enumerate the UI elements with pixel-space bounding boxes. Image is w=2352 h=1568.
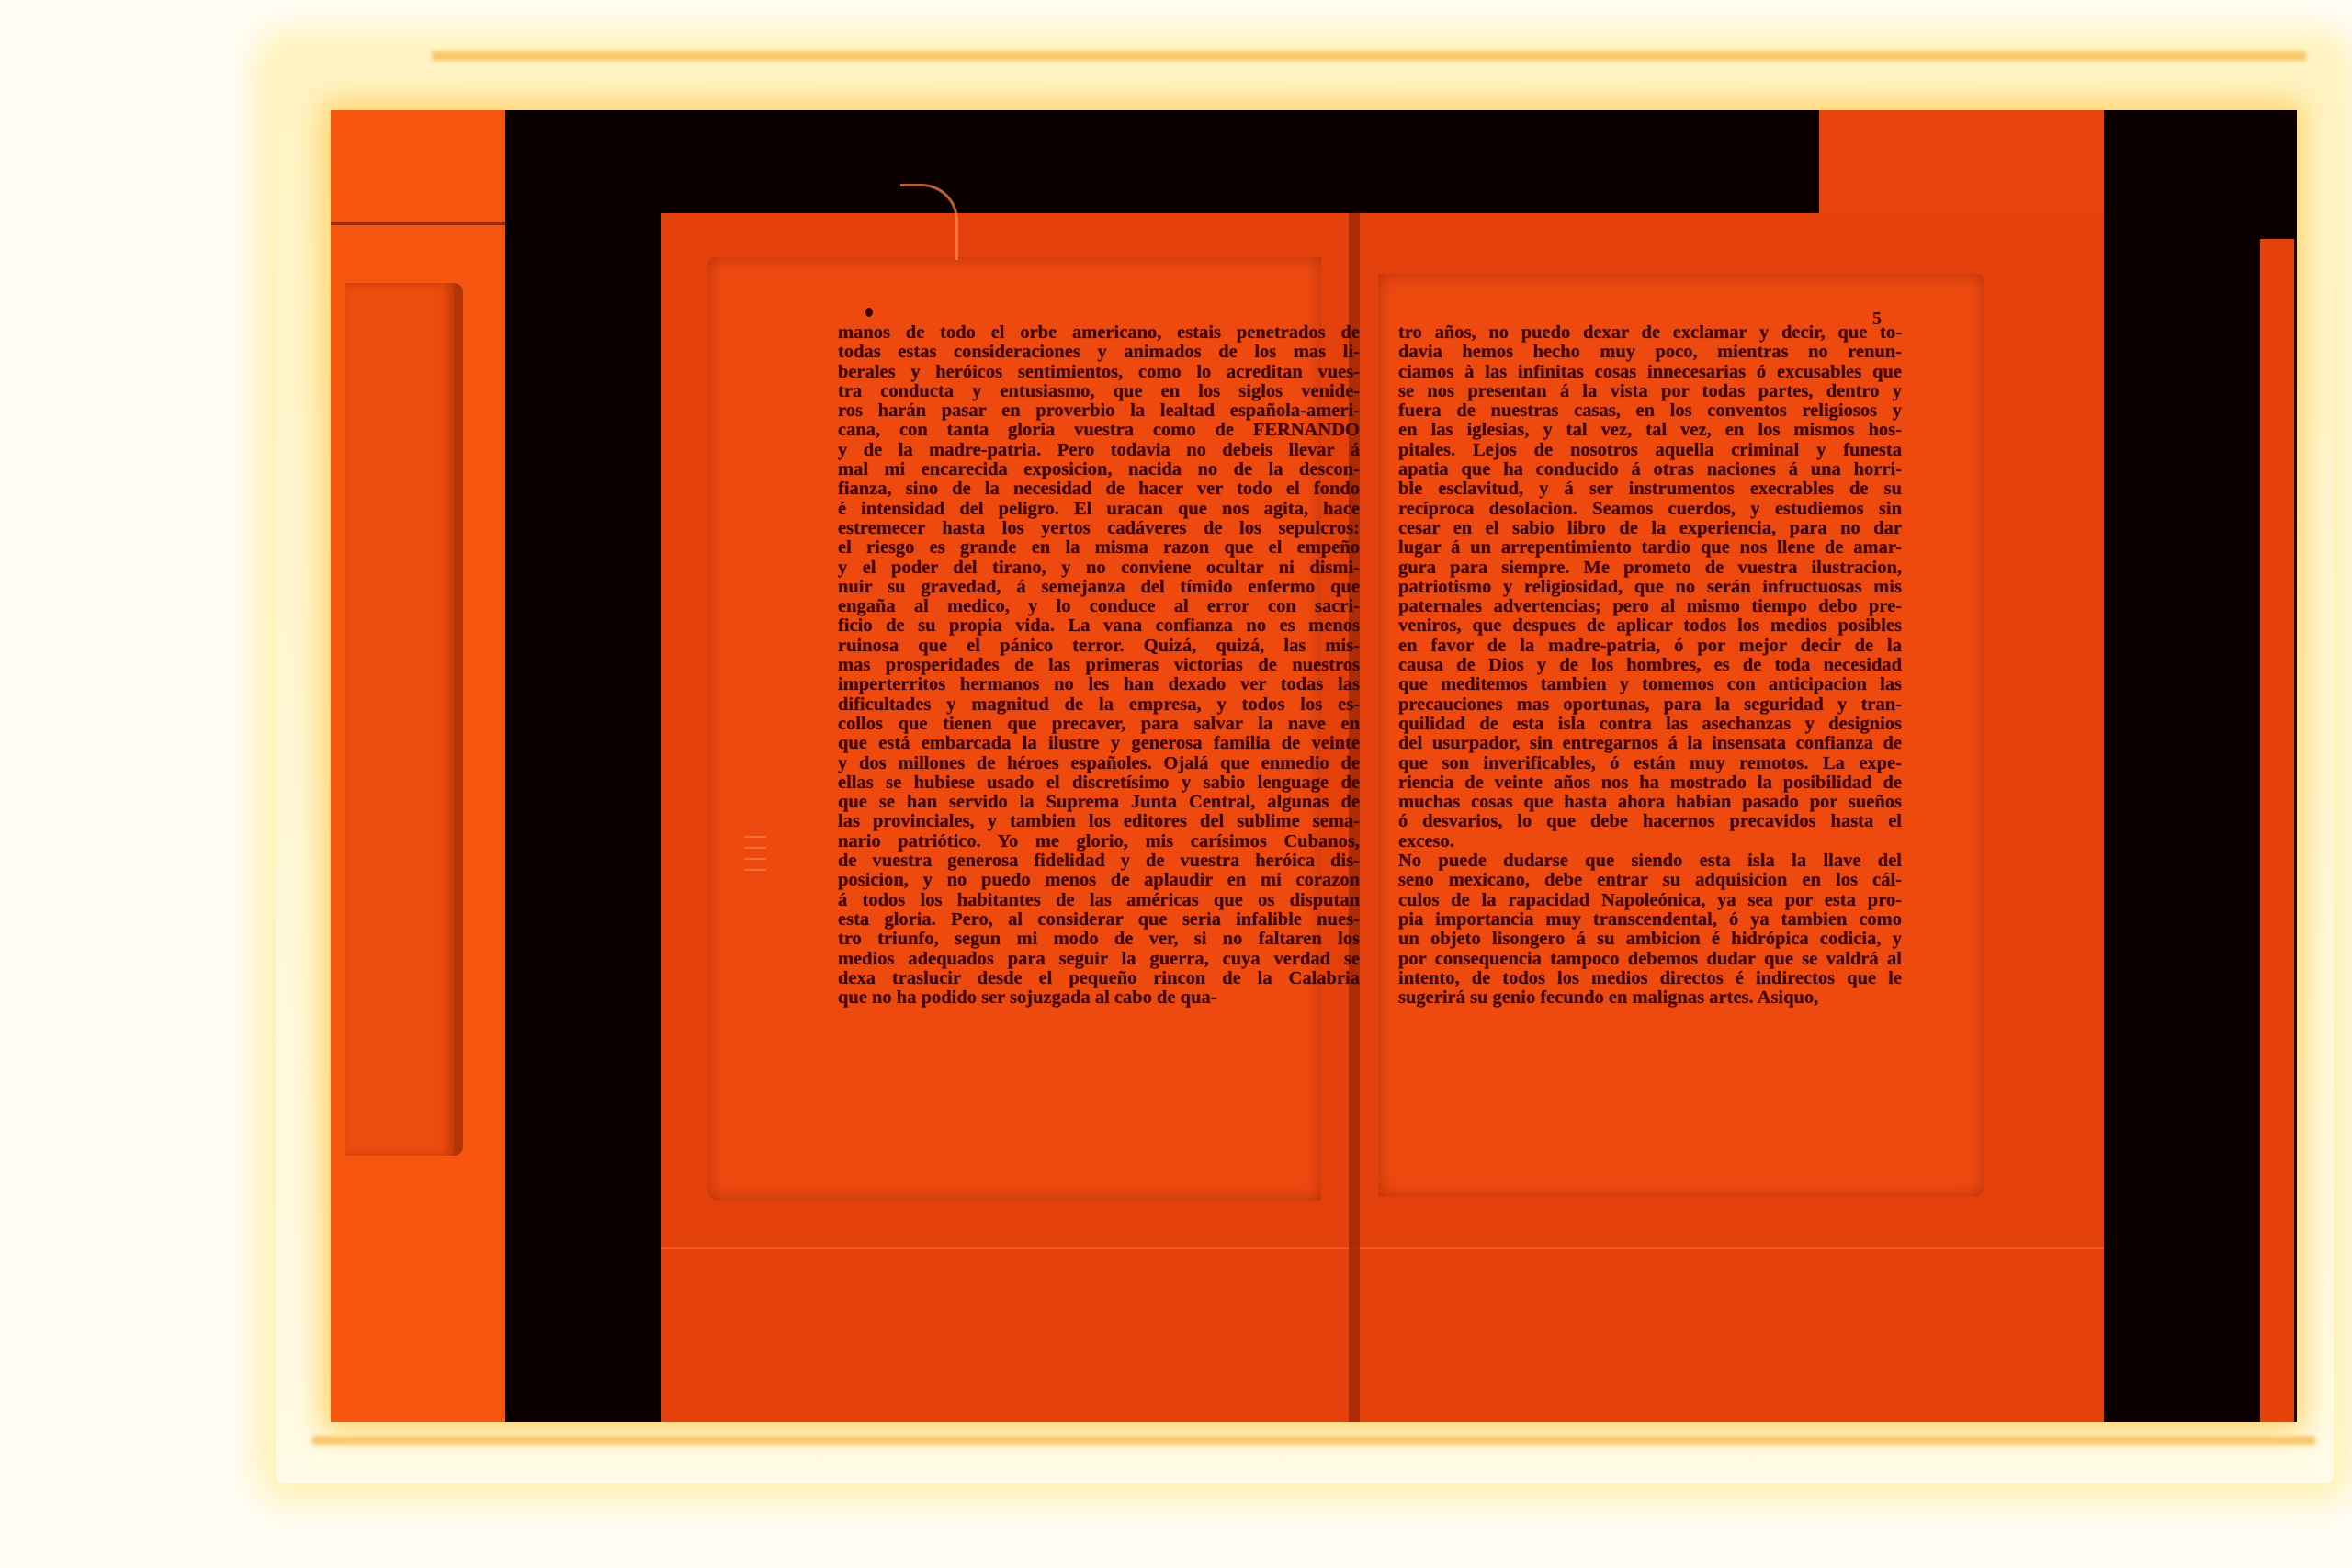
text-line: paternales advertencias; pero al mismo t… [1398, 597, 1902, 616]
text-line: patriotismo y religiosidad, que no serán… [1398, 578, 1902, 597]
text-line: quilidad de esta isla contra las asechan… [1398, 715, 1902, 734]
text-line: ó desvarios, lo que debe hacernos precav… [1398, 812, 1902, 831]
text-line: nario patriótico. Yo me glorio, mis carí… [838, 832, 1360, 852]
text-line: el riesgo es grande en la misma razon qu… [838, 538, 1360, 558]
text-line: exceso. [1398, 832, 1902, 852]
text-line: manos de todo el orbe americano, estais … [838, 323, 1360, 343]
text-line: medios adequados para seguir la guerra, … [838, 950, 1360, 969]
text-line: engaña al medico, y lo conduce al error … [838, 597, 1360, 616]
left-page-text: manos de todo el orbe americano, estais … [838, 323, 1360, 1008]
text-line: mal mi encarecida exposicion, nacida no … [838, 460, 1360, 479]
adjacent-page-edge [345, 283, 463, 1156]
text-line: y el poder del tirano, y no conviene ocu… [838, 558, 1360, 578]
text-line: berales y heróicos sentimientos, como lo… [838, 363, 1360, 382]
text-line: dificultades y magnitud de la empresa, y… [838, 695, 1360, 715]
text-line: ble esclavitud, y á ser instrumentos exe… [1398, 479, 1902, 499]
text-line: fuera de nuestras casas, en los convento… [1398, 401, 1902, 421]
text-line: las provinciales, y tambien los editores… [838, 812, 1360, 831]
text-line: del usurpador, sin entregarnos á la inse… [1398, 734, 1902, 753]
text-line: veniros, que despues de aplicar todos lo… [1398, 616, 1902, 636]
text-line: ruinosa que el pánico terror. Quizá, qui… [838, 637, 1360, 656]
text-line: y dos millones de héroes españoles. Ojal… [838, 754, 1360, 773]
text-line: lugar á un arrepentimiento tardio que no… [1398, 538, 1902, 558]
strip-divider [331, 222, 505, 225]
text-line: fianza, sino de la necesidad de hacer ve… [838, 479, 1360, 499]
text-line: se nos presentan á la vista por todas pa… [1398, 382, 1902, 401]
text-line: recíproca desolacion. Seamos cuerdos, y … [1398, 500, 1902, 519]
text-line: que se han servido la Suprema Junta Cent… [838, 793, 1360, 812]
text-line: ros harán pasar en proverbio la lealtad … [838, 401, 1360, 421]
text-line: collos que tienen que precaver, para sal… [838, 715, 1360, 734]
text-line: todas estas consideraciones y animados d… [838, 343, 1360, 362]
text-line: seno mexicano, debe entrar su adquisicio… [1398, 871, 1902, 890]
text-line: pitales. Lejos de nosotros aquella crimi… [1398, 441, 1902, 460]
text-line: ellas se hubiese usado el discretísimo y… [838, 773, 1360, 793]
text-line: imperterritos hermanos no les han dexado… [838, 675, 1360, 694]
text-line: causa de Dios y de los hombres, es de to… [1398, 656, 1902, 675]
film-edge-top [432, 51, 2306, 61]
film-edge-bottom [312, 1436, 2315, 1445]
text-line: muchas cosas que hasta ahora habian pasa… [1398, 793, 1902, 812]
text-line: que no ha podido ser sojuzgada al cabo d… [838, 988, 1360, 1008]
text-line: No puede dudarse que siendo esta isla la… [1398, 852, 1902, 871]
text-line: que está embarcada la ilustre y generosa… [838, 734, 1360, 753]
text-line: en favor de la madre-patria, ó por mejor… [1398, 637, 1902, 656]
text-line: ficio de su propia vida. La vana confian… [838, 616, 1360, 636]
right-strip [2260, 239, 2294, 1422]
text-line: ciamos à las infinitas cosas innecesaria… [1398, 363, 1902, 382]
text-line: intento, de todos los medios directos é … [1398, 969, 1902, 988]
text-line: tro años, no puedo dexar de exclamar y d… [1398, 323, 1902, 343]
right-page-text: tro años, no puedo dexar de exclamar y d… [1398, 323, 1902, 1008]
text-line: tra conducta y entusiasmo, que en los si… [838, 382, 1360, 401]
text-line: cesar en el sabio libro de la experienci… [1398, 519, 1902, 538]
text-line: estremecer hasta los yertos cadáveres de… [838, 519, 1360, 538]
text-line: en las iglesias, y tal vez, tal vez, en … [1398, 421, 1902, 440]
text-line: pia importancia muy transcendental, ó ya… [1398, 910, 1902, 930]
text-line: posicion, y no puedo menos de aplaudir e… [838, 871, 1360, 890]
text-line: dexa traslucir desde el pequeño rincon d… [838, 969, 1360, 988]
text-line: sugerirá su genio fecundo en malignas ar… [1398, 988, 1902, 1008]
text-line: culos de la rapacidad Napoleónica, ya se… [1398, 891, 1902, 910]
text-line: gura para siempre. Me prometo de vuestra… [1398, 558, 1902, 578]
text-line: cana, con tanta gloria vuestra como de F… [838, 421, 1360, 440]
text-line: mas prosperidades de las primeras victor… [838, 656, 1360, 675]
text-line: á todos los habitantes de las américas q… [838, 891, 1360, 910]
text-line: esta gloria. Pero, al considerar que ser… [838, 910, 1360, 930]
text-line: por consequencia tampoco debemos dudar q… [1398, 950, 1902, 969]
text-line: é intensidad del peligro. El uracan que … [838, 500, 1360, 519]
text-line: de vuestra generosa fidelidad y de vuest… [838, 852, 1360, 871]
adjacent-page-strip [331, 110, 505, 1422]
text-line: nuir su gravedad, á semejanza del tímido… [838, 578, 1360, 597]
text-line: precauciones mas oportunas, para la segu… [1398, 695, 1902, 715]
text-line: un objeto lisongero á su ambicion é hidr… [1398, 930, 1902, 949]
paper-corner [1819, 110, 2141, 228]
text-line: que meditemos tambien y tomemos con anti… [1398, 675, 1902, 694]
text-line: y de la madre-patria. Pero todavia no de… [838, 441, 1360, 460]
text-line: tro triunfo, segun mi modo de ver, si no… [838, 930, 1360, 949]
board-crease [661, 1247, 2104, 1249]
pencil-marks [744, 827, 775, 900]
text-line: riencia de veinte años nos ha mostrado l… [1398, 773, 1902, 793]
mask-left [505, 110, 661, 1422]
text-line: apatia que ha conducido á otras naciones… [1398, 460, 1902, 479]
text-line: que son inverificables, ó están muy remo… [1398, 754, 1902, 773]
text-line: davia hemos hecho muy poco, mientras no … [1398, 343, 1902, 362]
ink-mark [865, 308, 873, 317]
